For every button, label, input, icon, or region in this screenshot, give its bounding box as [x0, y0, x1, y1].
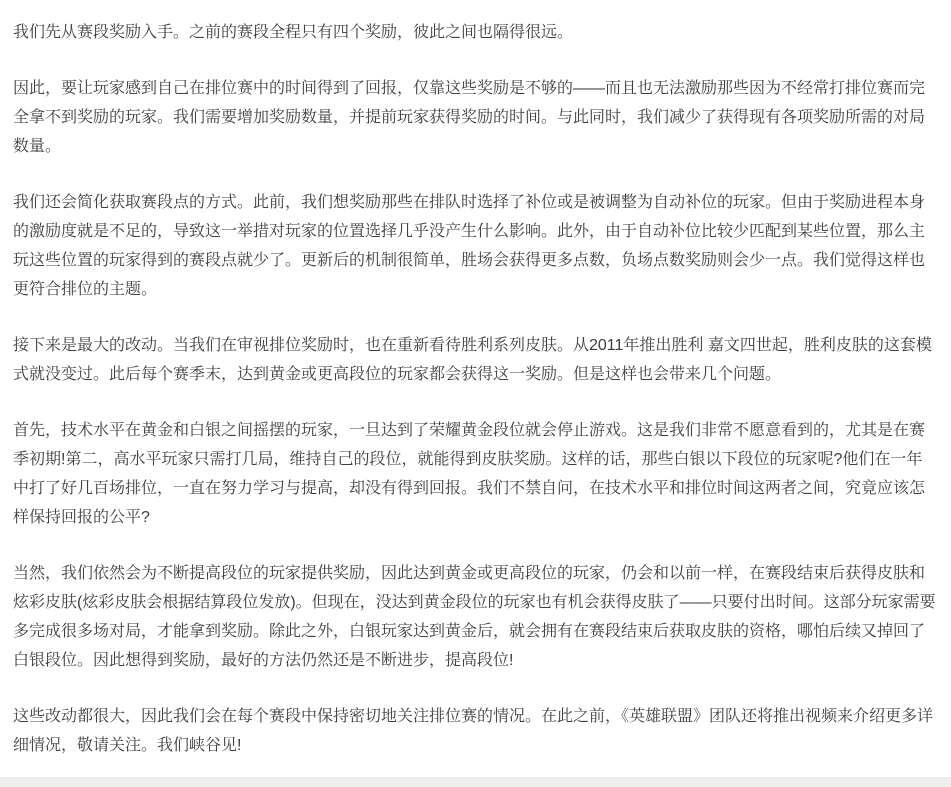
paragraph-2: 因此，要让玩家感到自己在排位赛中的时间得到了回报，仅靠这些奖励是不够的——而且也… [13, 74, 938, 161]
paragraph-4: 接下来是最大的改动。当我们在审视排位奖励时，也在重新看待胜利系列皮肤。从2011… [13, 331, 938, 389]
horizontal-scrollbar-track[interactable] [0, 777, 951, 787]
paragraph-1: 我们先从赛段奖励入手。之前的赛段全程只有四个奖励，彼此之间也隔得很远。 [13, 18, 938, 47]
paragraph-5: 首先，技术水平在黄金和白银之间摇摆的玩家，一旦达到了荣耀黄金段位就会停止游戏。这… [13, 416, 938, 532]
paragraph-6: 当然，我们依然会为不断提高段位的玩家提供奖励，因此达到黄金或更高段位的玩家，仍会… [13, 559, 938, 675]
paragraph-7: 这些改动都很大，因此我们会在每个赛段中保持密切地关注排位赛的情况。在此之前，《英… [13, 702, 938, 760]
article-body: 我们先从赛段奖励入手。之前的赛段全程只有四个奖励，彼此之间也隔得很远。 因此，要… [0, 0, 951, 787]
paragraph-3: 我们还会简化获取赛段点的方式。此前，我们想奖励那些在排队时选择了补位或是被调整为… [13, 188, 938, 304]
